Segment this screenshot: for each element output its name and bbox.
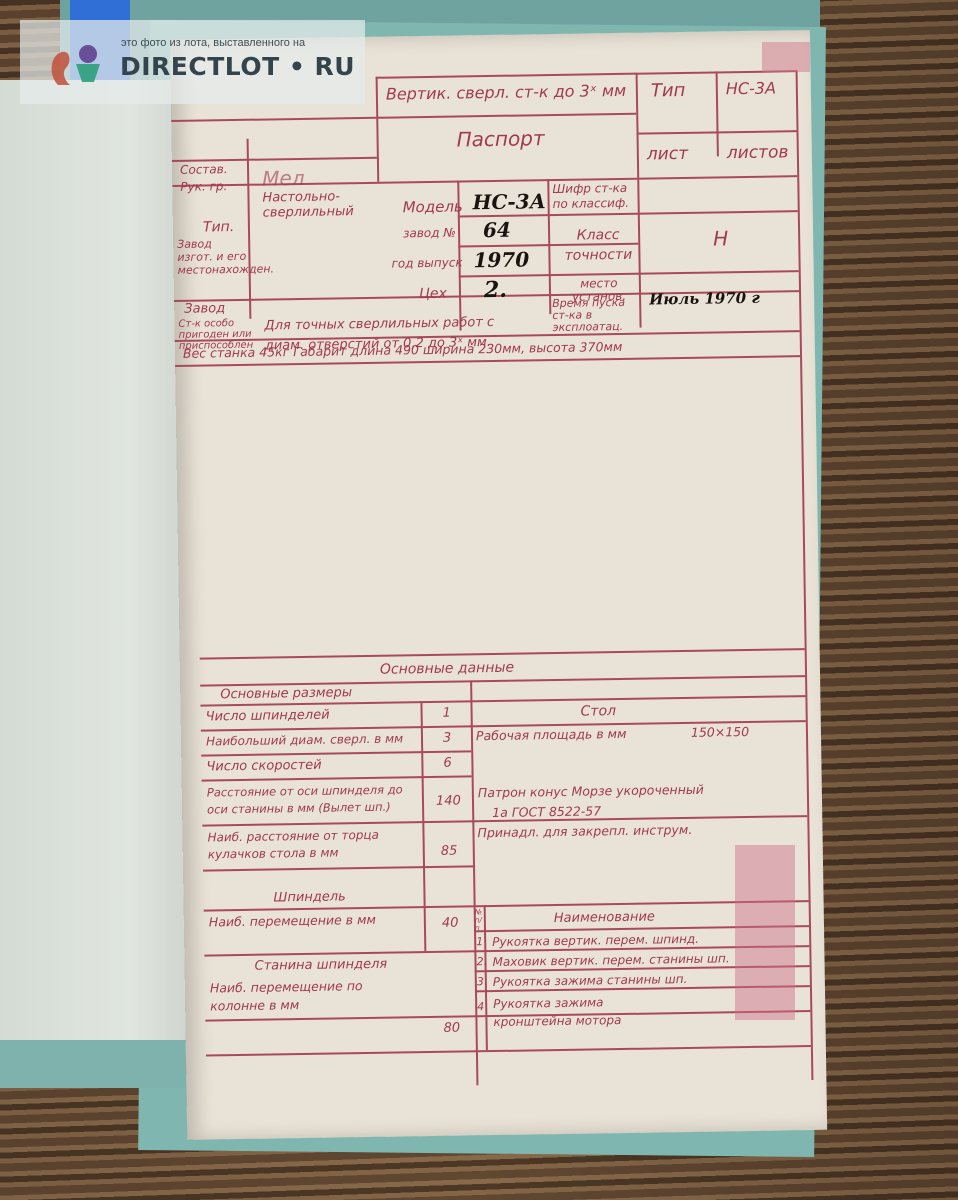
type-value: НС-3А	[726, 78, 776, 98]
cipher-label: Шифр ст-ка по классиф.	[552, 181, 637, 212]
chuck-line-2: 1а ГОСТ 8522-57	[492, 803, 601, 820]
control-number: 1	[476, 935, 483, 948]
special-purpose-line-1: Для точных сверлильных работ с	[264, 315, 494, 334]
factory-number-label: завод №	[403, 226, 456, 241]
machine-description: Вертик. сверл. ст-к до 3ˣ мм	[386, 81, 627, 104]
ruk-label: Рук. гр.	[180, 179, 227, 194]
accuracy-value: Н	[713, 226, 728, 250]
workshop-label: Цех	[419, 286, 447, 302]
spindle-row-value: 40	[442, 916, 459, 931]
dim-row-label: Расстояние от оси шпинделя до оси станин…	[207, 781, 418, 818]
year-label: год выпуск	[391, 255, 462, 270]
dim-row-label: Наиб. расстояние от торца кулачков стола…	[207, 826, 418, 863]
frame-row-value: 80	[443, 1021, 460, 1036]
spindle-row-label: Наиб. перемещение в мм	[209, 912, 376, 930]
model-value: НС-3А	[472, 189, 546, 214]
frame-title: Станина шпинделя	[254, 957, 387, 974]
main-data-title: Основные данные	[380, 660, 514, 678]
dim-row-value: 140	[436, 794, 461, 809]
type-label: Тип	[651, 80, 686, 102]
pink-stamp-mark	[735, 845, 795, 1020]
watermark-brand: DIRECTLOT • RU	[120, 52, 355, 81]
start-time-label: Время пуска ст-ка в эксплоатац.	[552, 297, 638, 334]
dim-row-value: 6	[443, 756, 452, 771]
dim-row-value: 1	[442, 706, 451, 721]
dimensions-title: Основные размеры	[220, 685, 352, 702]
watermark-caption: это фото из лота, выставленного на	[121, 37, 305, 49]
squirrel-logo-icon	[48, 40, 108, 90]
year-value: 1970	[473, 247, 529, 272]
control-number: 4	[477, 1000, 484, 1013]
dim-row-label: Число шпинделей	[206, 708, 330, 725]
controls-number-header: № п/п	[475, 908, 485, 932]
factory-number-value: 64	[483, 218, 511, 242]
start-time-value: Июль 1970 г	[649, 289, 760, 309]
factory-label: Завод	[184, 301, 225, 317]
dim-row-value: 3	[443, 731, 452, 746]
workshop-value: 2.	[484, 277, 507, 303]
accuracy-label: Класс точности	[563, 225, 634, 266]
controls-title: Наименование	[554, 909, 655, 926]
sheets-label: листов	[727, 142, 789, 163]
sheet-label: лист	[647, 144, 688, 165]
work-area-label: Рабочая площадь в мм	[476, 726, 627, 743]
chuck-line-1: Патрон конус Морзе укороченный	[478, 782, 704, 801]
sostav-label: Состав.	[180, 162, 228, 177]
manufacturer-label: Завод изгот. и его местонахожден.	[177, 237, 248, 277]
dim-row-value: 85	[441, 844, 458, 859]
tip-label: Тип.	[203, 219, 235, 235]
model-label: Модель	[403, 197, 463, 216]
signature: Мел	[262, 166, 305, 191]
work-area-value: 150×150	[691, 724, 749, 740]
tip-value: Настольно-сверлильный	[262, 189, 372, 221]
page-title: Паспорт	[456, 126, 544, 151]
accessories-label: Принадл. для закрепл. инструм.	[477, 822, 692, 840]
spindle-title: Шпиндель	[273, 889, 346, 905]
control-number: 2.	[476, 955, 487, 968]
control-name: Рукоятка зажима кронштейна мотора	[493, 992, 664, 1031]
table-section-title: Стол	[580, 703, 616, 720]
control-number: 3	[477, 975, 484, 988]
dim-row-label: Наибольший диам. сверл. в мм	[206, 731, 403, 748]
dim-row-label: Число скоростей	[206, 758, 321, 775]
frame-row-label: Наиб. перемещение по колонне в мм	[210, 976, 411, 1015]
passport-page: Вертик. сверл. ст-к до 3ˣ мм Паспорт Тип…	[170, 30, 827, 1140]
pink-corner-mark	[762, 42, 810, 72]
